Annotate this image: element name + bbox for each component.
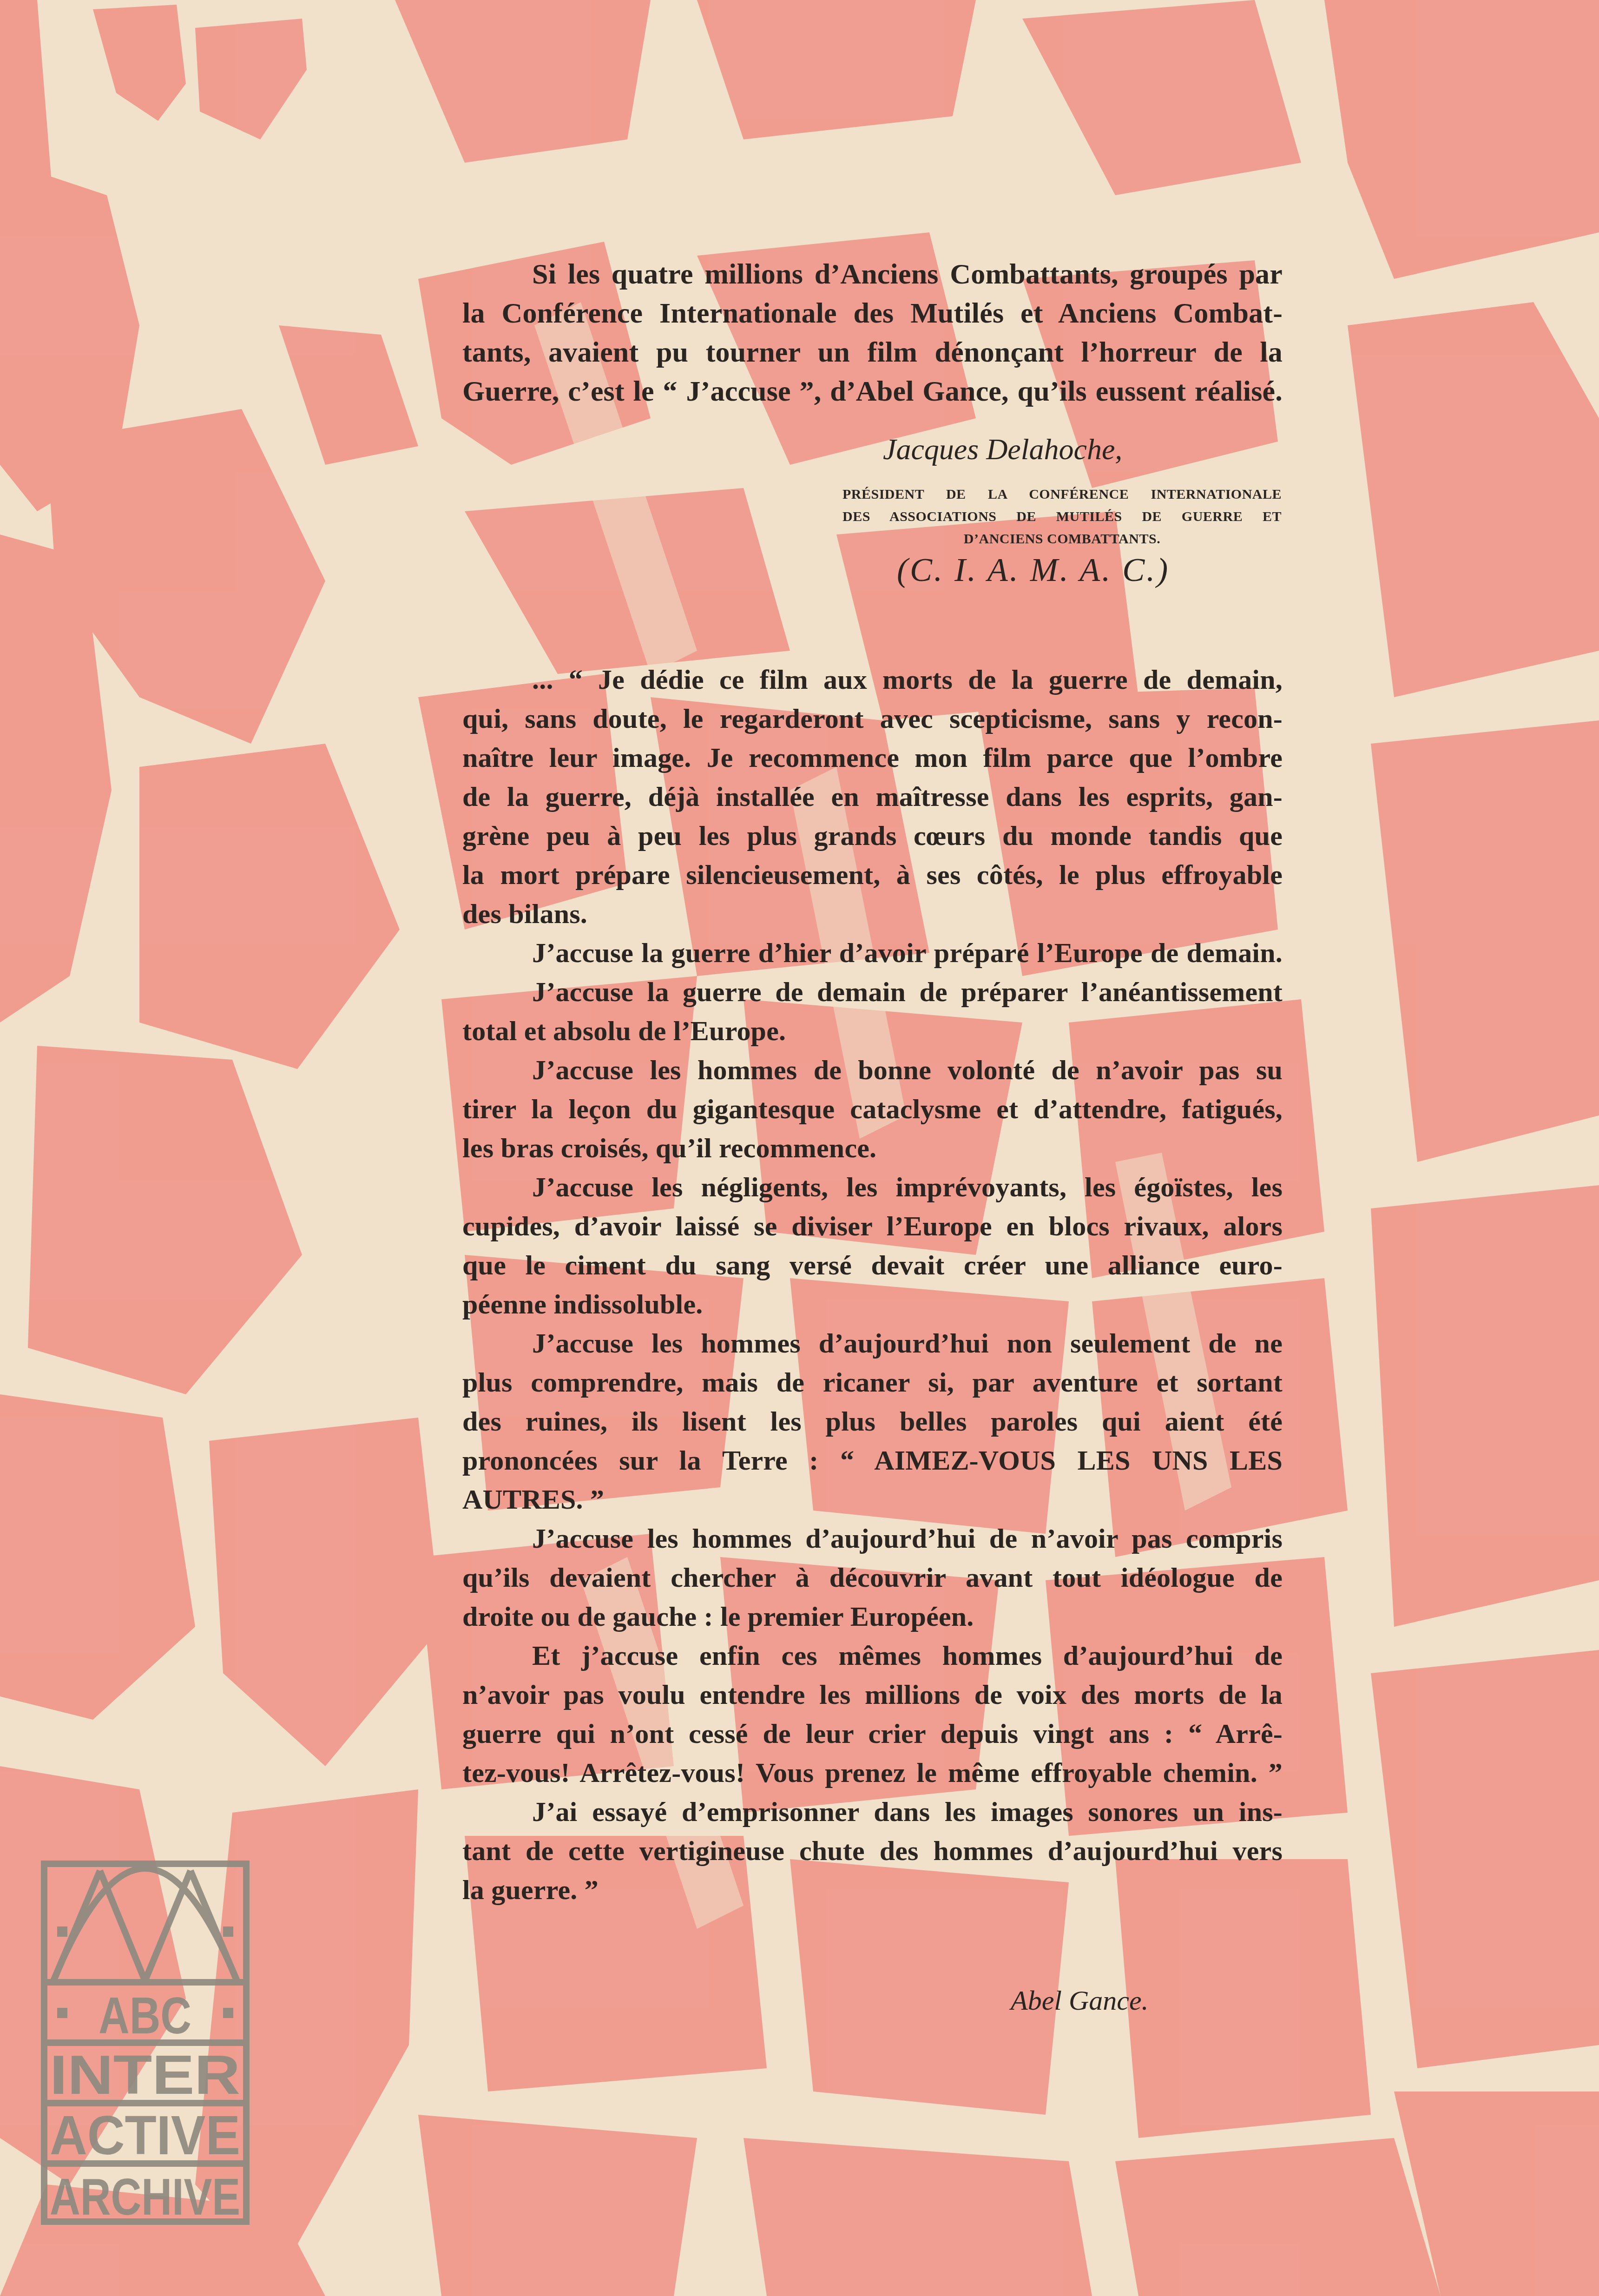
signatory-name: Jacques Delahoche, xyxy=(883,432,1122,467)
text-line: J’accuse la guerre d’hier d’avoir prépar… xyxy=(462,933,1283,972)
text-line: Et j’accuse enfin ces mêmes hommes d’auj… xyxy=(462,1636,1283,1675)
text-line: guerre qui n’ont cessé de leur crier dep… xyxy=(462,1714,1283,1753)
text-line: de la guerre, déjà installée en maîtress… xyxy=(462,777,1283,816)
text-line: tez-vous! Arrêtez-vous! Vous prenez le m… xyxy=(462,1753,1283,1792)
text-line: AUTRES. ” xyxy=(462,1480,1283,1519)
text-line: J’accuse les hommes d’aujourd’hui de n’a… xyxy=(462,1519,1283,1558)
title-line: D’ANCIENS COMBATTANTS. xyxy=(842,528,1282,550)
text-line: J’accuse les hommes de bonne volonté de … xyxy=(462,1050,1283,1089)
text-line: des ruines, ils lisent les plus belles p… xyxy=(462,1402,1283,1441)
text-line: Guerre, c’est le “ J’accuse ”, d’Abel Ga… xyxy=(462,372,1283,411)
text-line: cupides, d’avoir laissé se diviser l’Eur… xyxy=(462,1207,1283,1246)
text-line: tant de cette vertigineuse chute des hom… xyxy=(462,1831,1283,1870)
text-line: J’accuse la guerre de demain de préparer… xyxy=(462,972,1283,1011)
organization-acronym: (C. I. A. M. A. C.) xyxy=(897,551,1170,589)
text-line: naître leur image. Je recommence mon fil… xyxy=(462,738,1283,777)
title-line: DES ASSOCIATIONS DE MUTILÉS DE GUERRE ET xyxy=(842,506,1282,528)
author-signature: Abel Gance. xyxy=(1011,1985,1149,2017)
text-line: total et absolu de l’Europe. xyxy=(462,1011,1283,1050)
text-line: J’ai essayé d’emprisonner dans les image… xyxy=(462,1792,1283,1831)
text-line: péenne indissoluble. xyxy=(462,1285,1283,1324)
text-line: ... “ Je dédie ce film aux morts de la g… xyxy=(462,660,1283,699)
text-line: n’avoir pas voulu entendre les millions … xyxy=(462,1675,1283,1714)
svg-text:INTER: INTER xyxy=(50,2045,240,2106)
text-line: prononcées sur la Terre : “ AIMEZ-VOUS L… xyxy=(462,1441,1283,1480)
text-line: la Conférence Internationale des Mutilés… xyxy=(462,294,1283,333)
text-line: Si les quatre millions d’Anciens Combatt… xyxy=(462,255,1283,294)
text-line: les bras croisés, qu’il recommence. xyxy=(462,1128,1283,1168)
text-line: grène peu à peu les plus grands cœurs du… xyxy=(462,816,1283,855)
text-line: que le ciment du sang versé devait créer… xyxy=(462,1246,1283,1285)
signatory-title: PRÉSIDENT DE LA CONFÉRENCE INTERNATIONAL… xyxy=(842,483,1282,550)
text-line: tirer la leçon du gigantesque cataclysme… xyxy=(462,1089,1283,1128)
text-line: plus comprendre, mais de ricaner si, par… xyxy=(462,1363,1283,1402)
text-line: J’accuse les négligents, les imprévoyant… xyxy=(462,1168,1283,1207)
text-line: la mort prépare silencieusement, à ses c… xyxy=(462,855,1283,894)
text-line: J’accuse les hommes d’aujourd’hui non se… xyxy=(462,1324,1283,1363)
abc-interactive-archive-logo-icon: ABC INTER ACTIVE ARCHIVE xyxy=(39,1859,251,2226)
svg-text:ABC: ABC xyxy=(99,1986,191,2045)
intro-paragraph: Si les quatre millions d’Anciens Combatt… xyxy=(462,255,1283,411)
text-line: la guerre. ” xyxy=(462,1870,1283,1909)
title-line: PRÉSIDENT DE LA CONFÉRENCE INTERNATIONAL… xyxy=(842,483,1282,506)
text-line: qu’ils devaient chercher à découvrir ava… xyxy=(462,1558,1283,1597)
text-line: tants, avaient pu tourner un film dénonç… xyxy=(462,333,1283,372)
text-line: des bilans. xyxy=(462,894,1283,933)
text-line: qui, sans doute, le regarderont avec sce… xyxy=(462,699,1283,738)
text-line: droite ou de gauche : le premier Europée… xyxy=(462,1597,1283,1636)
svg-text:ACTIVE: ACTIVE xyxy=(50,2105,240,2166)
manifesto-text: ... “ Je dédie ce film aux morts de la g… xyxy=(462,660,1283,1909)
svg-text:ARCHIVE: ARCHIVE xyxy=(50,2168,240,2226)
